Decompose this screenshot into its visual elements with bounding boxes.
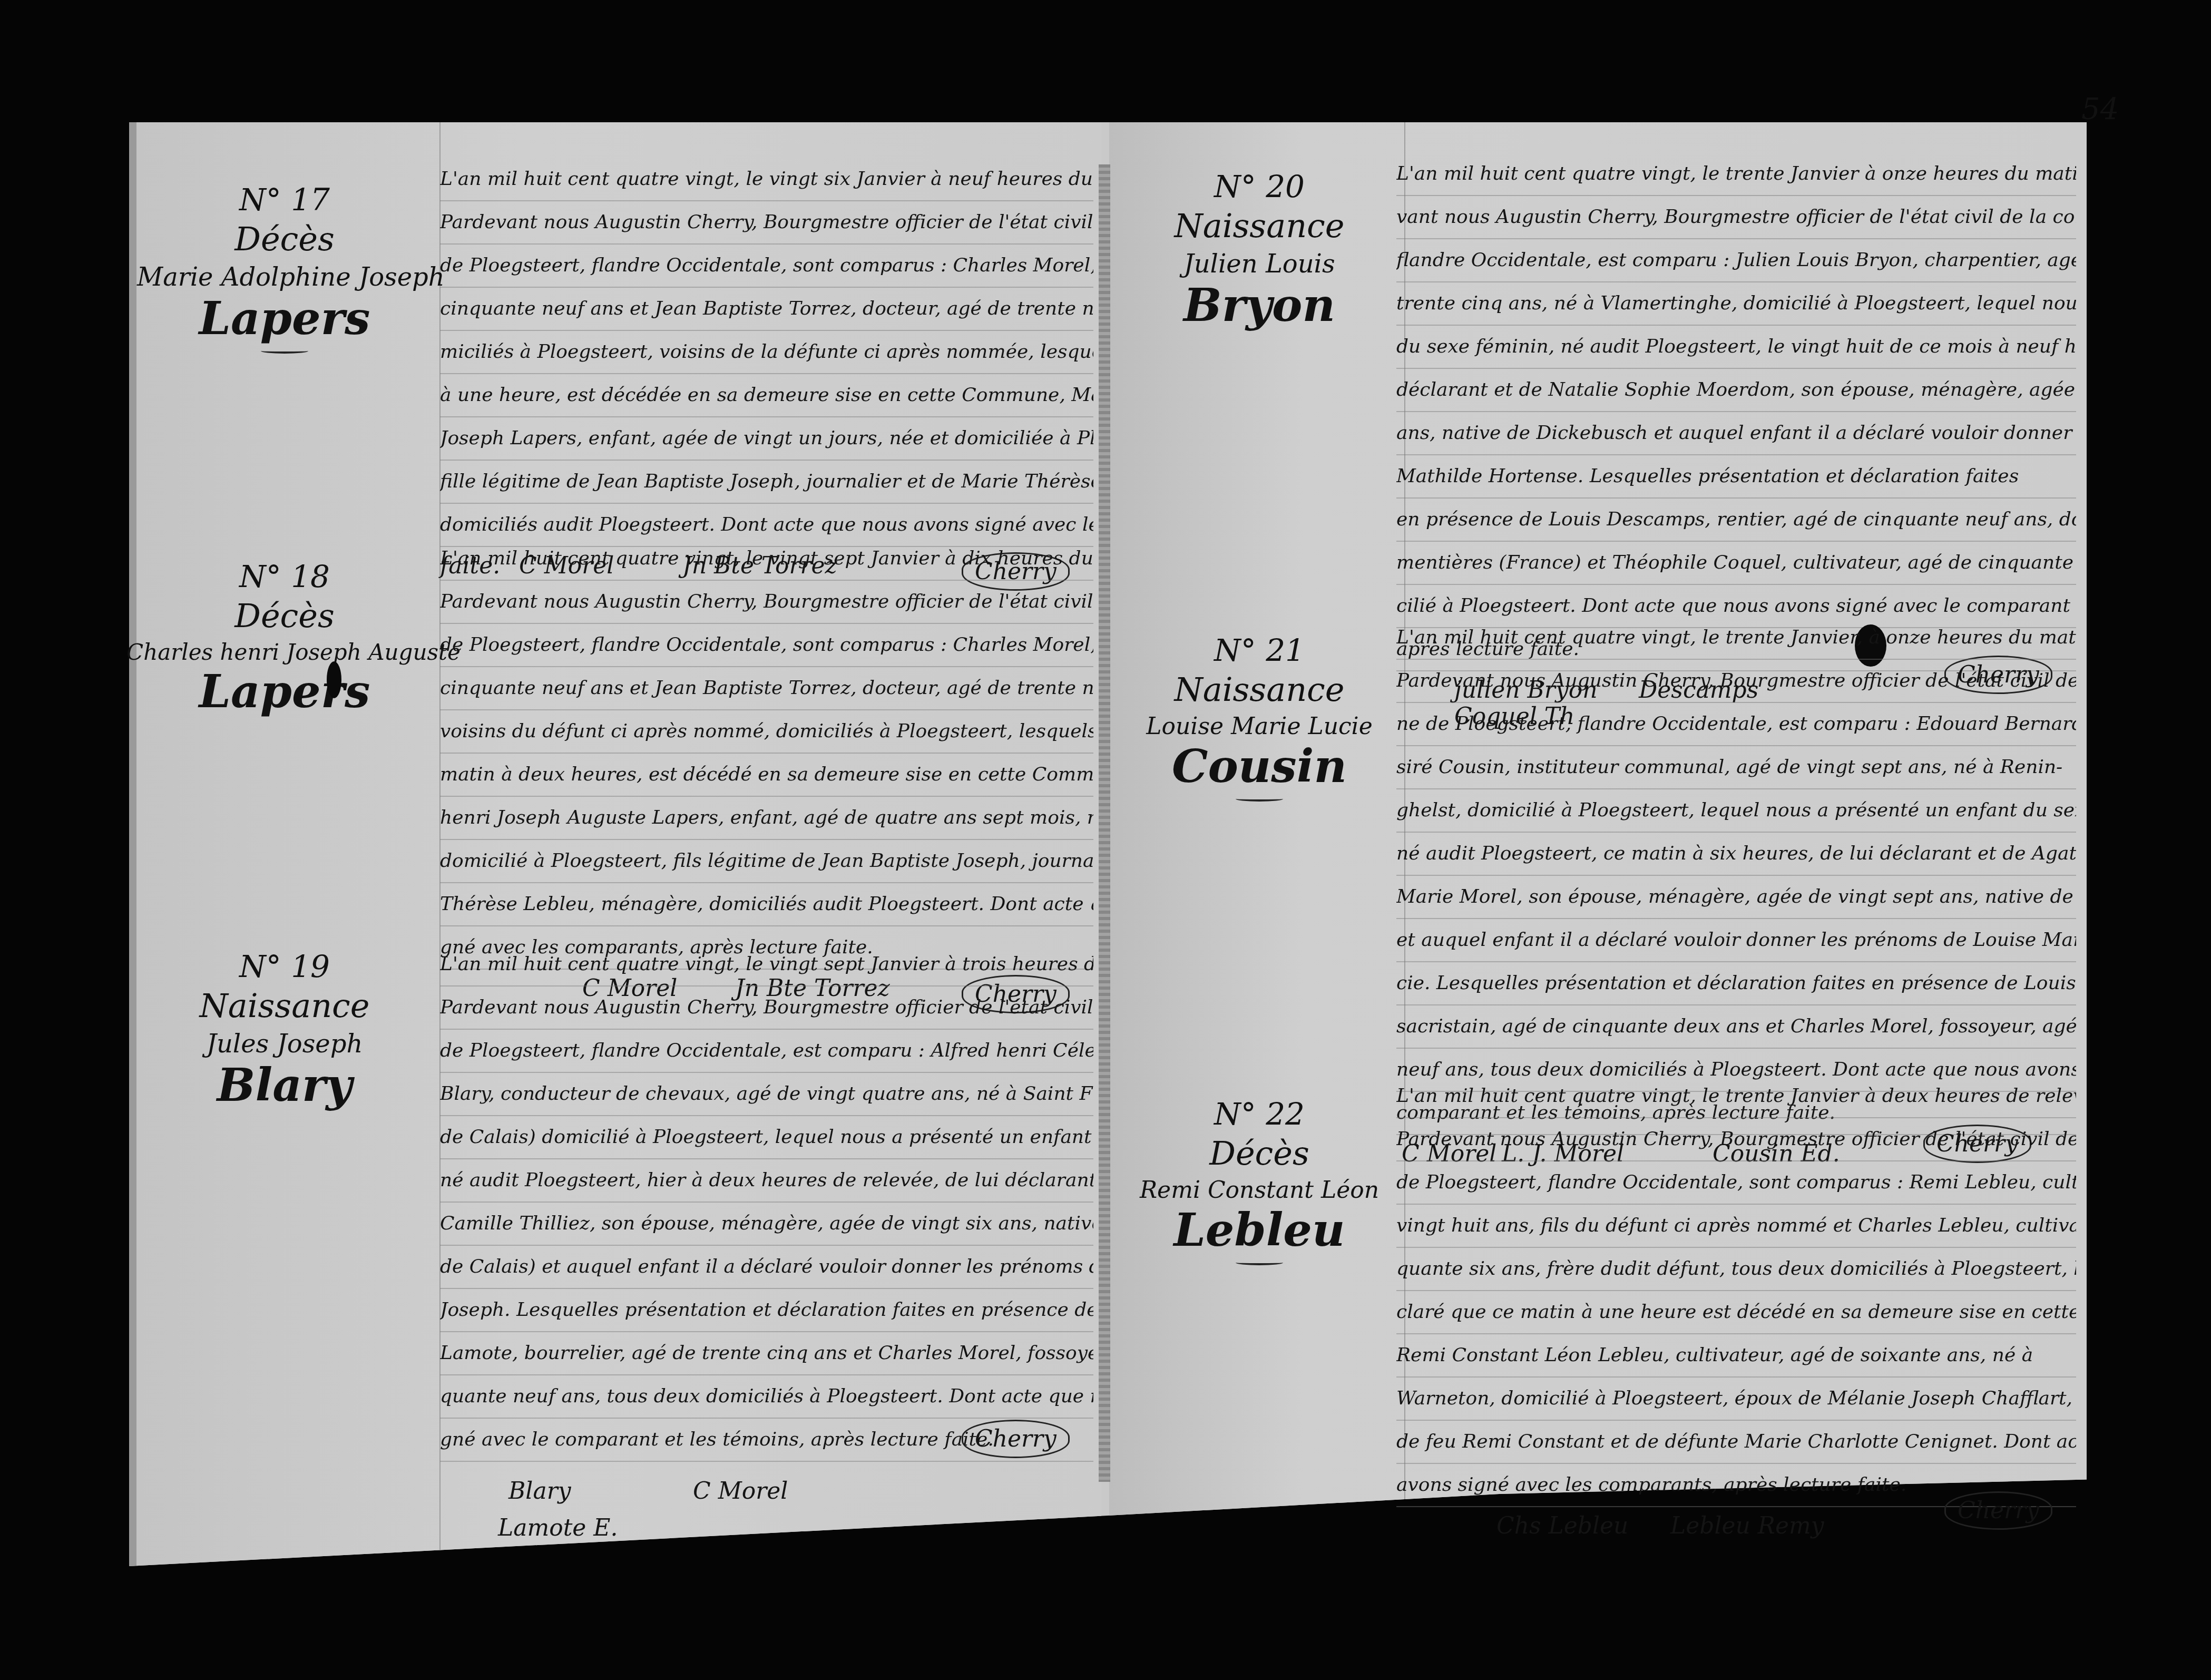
signature-row: Blary C Morel Cherry Lamote E. xyxy=(440,1462,1093,1546)
act-line: voisins du défunt ci après nommé, domici… xyxy=(440,710,1093,754)
signature: C Morel xyxy=(693,1478,788,1505)
entry-given-names: Marie Adolphine Joseph xyxy=(137,262,432,292)
act-line: ans, native de Dickebusch et auquel enfa… xyxy=(1396,412,2076,455)
act-line: Mathilde Hortense. Lesquelles présentati… xyxy=(1396,455,2076,499)
signature: Lamote E. xyxy=(498,1515,618,1541)
act-line: Camille Thilliez, son épouse, ménagère, … xyxy=(440,1203,1093,1246)
entry-type: Naissance xyxy=(137,986,432,1025)
act-line: matin à deux heures, est décédé en sa de… xyxy=(440,754,1093,797)
act-line: L'an mil huit cent quatre vingt, le ving… xyxy=(440,158,1093,201)
underline-swash xyxy=(261,348,308,354)
act-line: déclarant et de Natalie Sophie Moerdom, … xyxy=(1396,369,2076,412)
act-line: Pardevant nous Augustin Cherry, Bourgmes… xyxy=(1396,660,2076,703)
act-text-17: L'an mil huit cent quatre vingt, le ving… xyxy=(440,158,1093,594)
act-line: de Ploegsteert, flandre Occidentale, est… xyxy=(440,1030,1093,1073)
underline-swash xyxy=(1236,796,1283,802)
signature-row: Chs Lebleu Lebleu Remy Cherry xyxy=(1396,1507,2076,1555)
act-line: quante six ans, frère dudit défunt, tous… xyxy=(1396,1248,2076,1291)
act-line: Remi Constant Léon Lebleu, cultivateur, … xyxy=(1396,1334,2076,1378)
act-line: Pardevant nous Augustin Cherry, Bourgmes… xyxy=(440,581,1093,624)
entry-number: N° 18 xyxy=(126,559,443,594)
act-line: quante neuf ans, tous deux domiciliés à … xyxy=(440,1375,1093,1419)
entry-given-names: Charles henri Joseph Auguste xyxy=(126,639,443,665)
act-line: L'an mil huit cent quatre vingt, le tren… xyxy=(1396,1075,2076,1118)
act-line: L'an mil huit cent quatre vingt, le ving… xyxy=(440,943,1093,986)
act-line: de Calais) et auquel enfant il a déclaré… xyxy=(440,1246,1093,1289)
entry-given-names: Remi Constant Léon xyxy=(1133,1177,1386,1204)
act-line: Blary, conducteur de chevaux, agé de vin… xyxy=(440,1073,1093,1116)
entry-surname: Lapers xyxy=(137,292,432,345)
act-line: L'an mil huit cent quatre vingt, le tren… xyxy=(1396,617,2076,660)
act-line: et auquel enfant il a déclaré vouloir do… xyxy=(1396,919,2076,962)
act-line: henri Joseph Auguste Lapers, enfant, agé… xyxy=(440,797,1093,840)
folio-mark: 54 xyxy=(2081,92,2119,126)
ink-blot xyxy=(327,661,341,698)
act-line: cinquante neuf ans et Jean Baptiste Torr… xyxy=(440,288,1093,331)
mayor-signature: Cherry xyxy=(1944,1491,2052,1530)
act-line: Joseph. Lesquelles présentation et décla… xyxy=(440,1289,1093,1332)
act-line: du sexe féminin, né audit Ploegsteert, l… xyxy=(1396,326,2076,369)
act-line: vant nous Augustin Cherry, Bourgmestre o… xyxy=(1396,196,2076,239)
act-line: sacristain, agé de cinquante deux ans et… xyxy=(1396,1005,2076,1049)
act-line: Pardevant nous Augustin Cherry, Bourgmes… xyxy=(440,986,1093,1030)
act-line: mentières (France) et Théophile Coquel, … xyxy=(1396,542,2076,585)
signature: Blary xyxy=(508,1478,571,1505)
act-line: trente cinq ans, né à Vlamertinghe, domi… xyxy=(1396,282,2076,326)
act-line: Thérèse Lebleu, ménagère, domiciliés aud… xyxy=(440,883,1093,926)
act-line: Joseph Lapers, enfant, agée de vingt un … xyxy=(440,417,1093,461)
act-line: à une heure, est décédée en sa demeure s… xyxy=(440,374,1093,417)
entry-number: N° 20 xyxy=(1133,169,1386,204)
entry-surname: Bryon xyxy=(1133,279,1386,332)
entry-number: N° 17 xyxy=(137,182,432,218)
act-line: cinquante neuf ans et Jean Baptiste Torr… xyxy=(440,667,1093,710)
act-line: L'an mil huit cent quatre vingt, le ving… xyxy=(440,538,1093,581)
entry-heading-22: N° 22 Décès Remi Constant Léon Lebleu xyxy=(1133,1096,1386,1268)
act-line: Pardevant nous Augustin Cherry, Bourgmes… xyxy=(440,201,1093,245)
entry-given-names: Louise Marie Lucie xyxy=(1133,713,1386,740)
act-line: né audit Ploegsteert, hier à deux heures… xyxy=(440,1159,1093,1203)
entry-number: N° 21 xyxy=(1133,632,1386,668)
act-line: de Ploegsteert, flandre Occidentale, son… xyxy=(440,624,1093,667)
entry-given-names: Julien Louis xyxy=(1133,249,1386,279)
entry-heading-21: N° 21 Naissance Louise Marie Lucie Cousi… xyxy=(1133,632,1386,805)
act-line: né audit Ploegsteert, ce matin à six heu… xyxy=(1396,833,2076,876)
entry-type: Décès xyxy=(137,220,432,258)
act-line: cie. Lesquelles présentation et déclarat… xyxy=(1396,962,2076,1005)
act-line: L'an mil huit cent quatre vingt, le tren… xyxy=(1396,153,2076,196)
entry-type: Décès xyxy=(126,597,443,635)
act-text-22: L'an mil huit cent quatre vingt, le tren… xyxy=(1396,1075,2076,1555)
act-line: de Ploegsteert, flandre Occidentale, son… xyxy=(440,245,1093,288)
act-text-19: L'an mil huit cent quatre vingt, le ving… xyxy=(440,943,1093,1546)
entry-surname: Blary xyxy=(137,1059,432,1112)
entry-surname: Cousin xyxy=(1133,740,1386,793)
act-line: vingt huit ans, fils du défunt ci après … xyxy=(1396,1205,2076,1248)
act-line: claré que ce matin à une heure est décéd… xyxy=(1396,1291,2076,1334)
signature: Chs Lebleu xyxy=(1496,1512,1628,1539)
act-line: flandre Occidentale, est comparu : Julie… xyxy=(1396,239,2076,282)
act-line: Lamote, bourrelier, agé de trente cinq a… xyxy=(440,1332,1093,1375)
act-line: de Calais) domicilié à Ploegsteert, lequ… xyxy=(440,1116,1093,1159)
act-line: de feu Remi Constant et de défunte Marie… xyxy=(1396,1421,2076,1464)
entry-type: Naissance xyxy=(1133,670,1386,709)
underline-swash xyxy=(1236,1260,1283,1265)
act-line: Warneton, domicilié à Ploegsteert, époux… xyxy=(1396,1378,2076,1421)
act-line: de Ploegsteert, flandre Occidentale, son… xyxy=(1396,1161,2076,1205)
signature: Lebleu Remy xyxy=(1670,1512,1824,1539)
entry-surname: Lebleu xyxy=(1133,1204,1386,1257)
act-line: siré Cousin, instituteur communal, agé d… xyxy=(1396,746,2076,789)
entry-number: N° 19 xyxy=(137,949,432,984)
act-line: domicilié à Ploegsteert, fils légitime d… xyxy=(440,840,1093,883)
entry-heading-19: N° 19 Naissance Jules Joseph Blary xyxy=(137,949,432,1112)
entry-heading-17: N° 17 Décès Marie Adolphine Joseph Laper… xyxy=(137,182,432,357)
act-line: Marie Morel, son épouse, ménagère, agée … xyxy=(1396,876,2076,919)
act-line: fille légitime de Jean Baptiste Joseph, … xyxy=(440,461,1093,504)
act-line: Pardevant nous Augustin Cherry, Bourgmes… xyxy=(1396,1118,2076,1161)
act-line: miciliés à Ploegsteert, voisins de la dé… xyxy=(440,331,1093,374)
entry-heading-18: N° 18 Décès Charles henri Joseph Auguste… xyxy=(126,559,443,718)
entry-given-names: Jules Joseph xyxy=(137,1029,432,1059)
act-line: ghelst, domicilié à Ploegsteert, lequel … xyxy=(1396,789,2076,833)
binding-stitch xyxy=(1099,164,1110,1482)
entry-type: Décès xyxy=(1133,1134,1386,1173)
entry-type: Naissance xyxy=(1133,207,1386,245)
act-line: en présence de Louis Descamps, rentier, … xyxy=(1396,499,2076,542)
entry-number: N° 22 xyxy=(1133,1096,1386,1132)
entry-surname: Lapers xyxy=(126,665,443,718)
act-line: ne de Ploegsteert, flandre Occidentale, … xyxy=(1396,703,2076,746)
entry-heading-20: N° 20 Naissance Julien Louis Bryon xyxy=(1133,169,1386,332)
mayor-signature: Cherry xyxy=(962,1420,1070,1458)
